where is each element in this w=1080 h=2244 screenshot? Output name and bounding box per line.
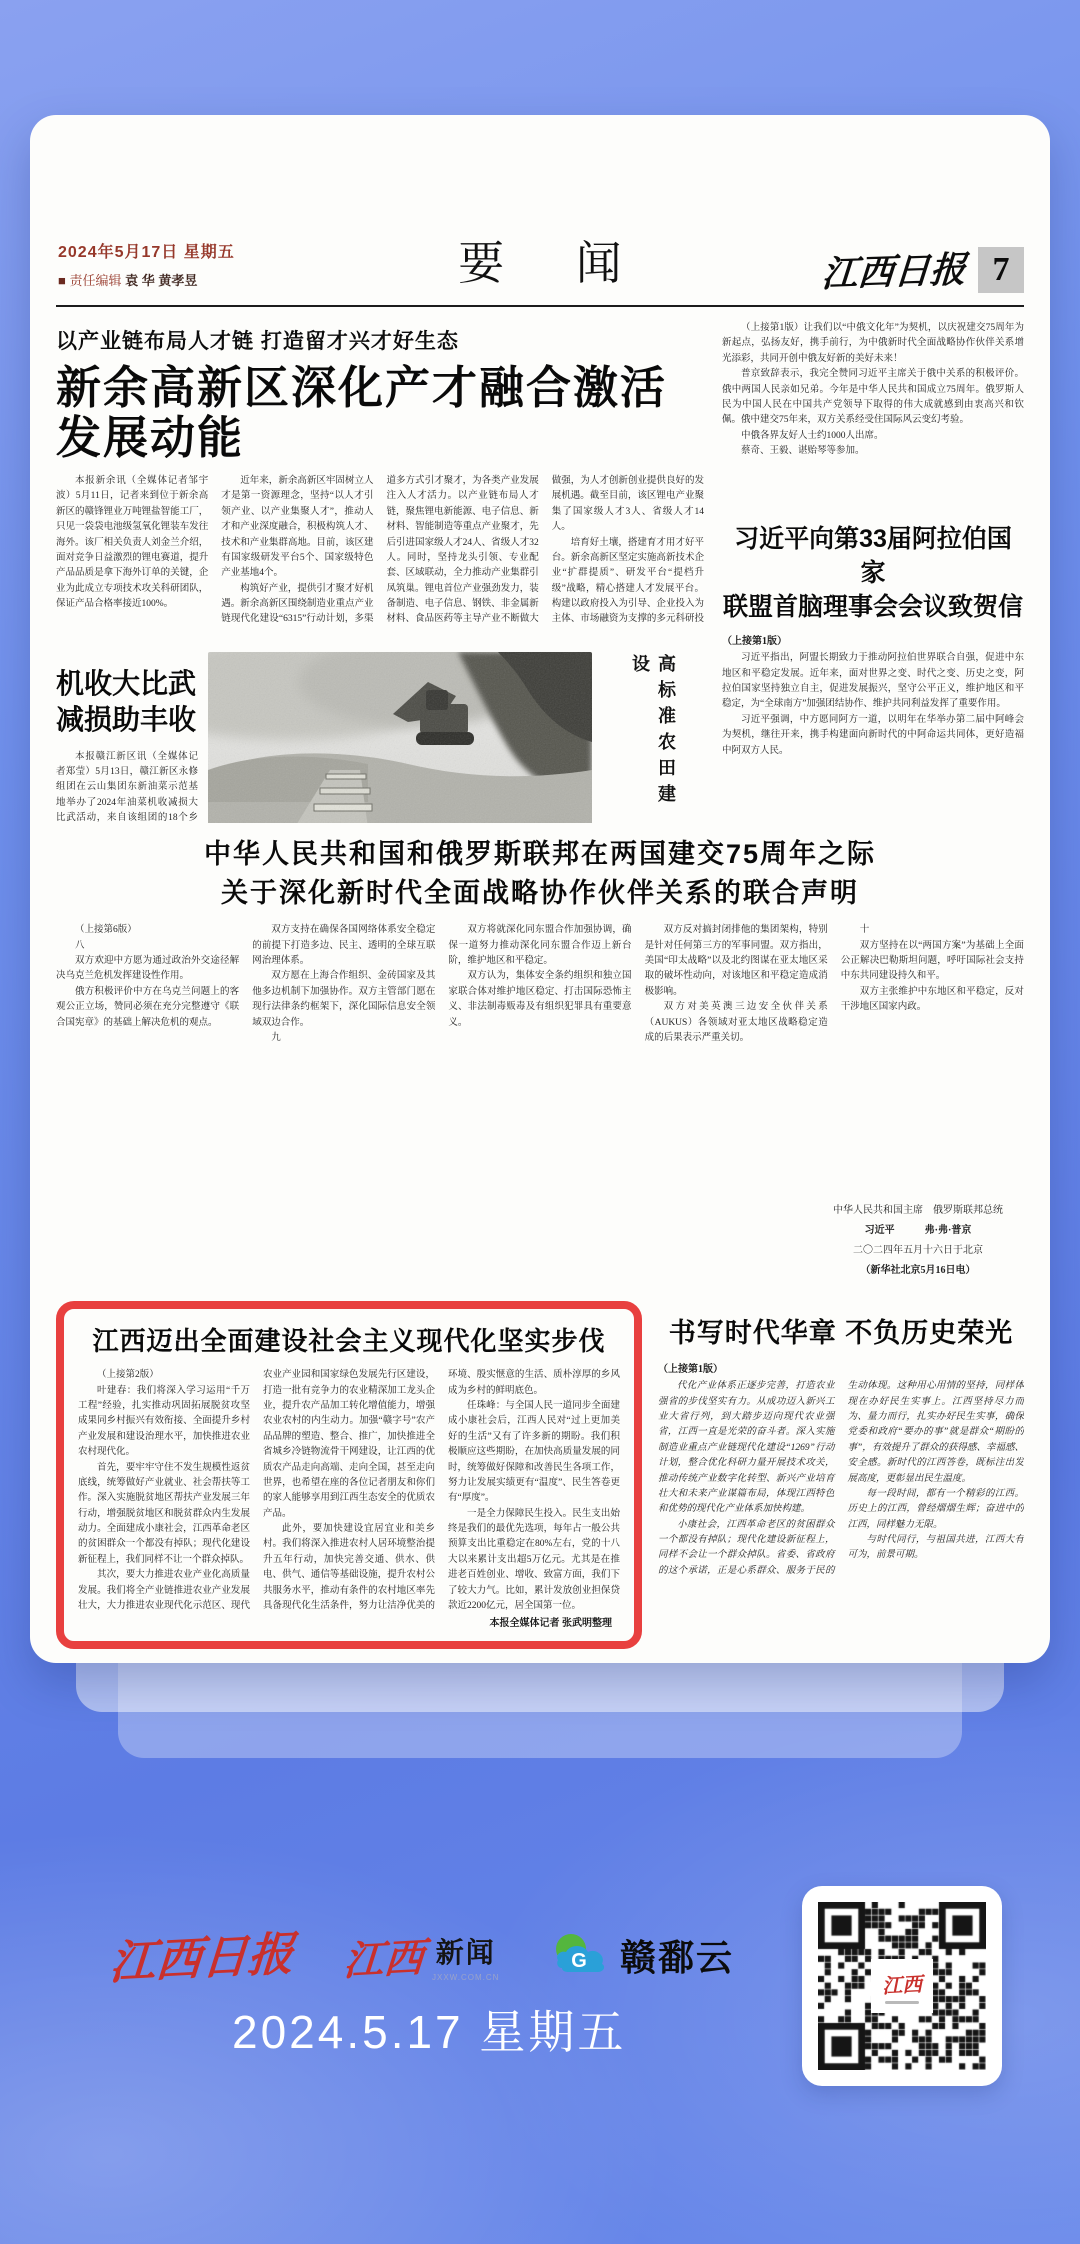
redbox-headline: 江西迈出全面建设社会主义现代化坚实步伐 bbox=[78, 1321, 620, 1358]
paragraph: 九 bbox=[252, 1031, 435, 1046]
paragraph: （上接第1版）让我们以“中俄文化年”为契机，以庆祝建交75周年为新起点，弘扬友好… bbox=[722, 321, 1024, 367]
paragraph: 十 bbox=[841, 923, 1024, 938]
lead-kicker: 以产业链布局人才链 打造留才兴才好生态 bbox=[56, 325, 704, 355]
era-continued-note: （上接第1版） bbox=[658, 1360, 1024, 1375]
ganpoyun-logo: G 赣鄱云 bbox=[552, 1930, 734, 1981]
paragraph: 首先，要牢牢守住不发生规模性返贫底线，统筹做好产业就业、社会帮扶等工作。深入实施… bbox=[78, 1461, 250, 1569]
era-headline: 书写时代华章 不负历史荣光 bbox=[658, 1311, 1024, 1350]
signature-titles: 中华人民共和国主席 俄罗斯联邦总统 bbox=[812, 1201, 1024, 1221]
jxnews-logo-cn: 江西 bbox=[342, 1926, 426, 1987]
qr-code-card: 江西 bbox=[802, 1886, 1002, 2086]
paragraph: 与时代同行，与祖国共进，江西大有可为，前景可期。 bbox=[848, 1533, 1025, 1564]
xi-continued-note: （上接第1版） bbox=[722, 632, 1024, 647]
signature-date: 二〇二四年五月十六日于北京 bbox=[812, 1241, 1024, 1261]
joint-statement-headline: 中华人民共和国和俄罗斯联邦在两国建交75周年之际关于深化新时代全面战略协作伙伴关… bbox=[56, 835, 1024, 913]
paragraph: 双方认为，集体安全条约组织和独立国家联合体对维护地区稳定、打击国际恐怖主义、非法… bbox=[448, 969, 631, 1031]
photo-figure: 高标准农田建设 5月14日，万年县石镇镇贵和村李家村小组农田畈上，施工人员在加紧… bbox=[208, 652, 705, 823]
photo-caption-block: 高标准农田建设 5月14日，万年县石镇镇贵和村李家村小组农田畈上，施工人员在加紧… bbox=[601, 652, 705, 823]
farmland-construction-photo bbox=[208, 652, 592, 823]
china-russia-continuation: （上接第1版）让我们以“中俄文化年”为契机，以庆祝建交75周年为新起点，弘扬友好… bbox=[722, 321, 1024, 507]
paragraph: 习近平指出，阿盟长期致力于推动阿拉伯世界联合自强，促进中东地区和平稳定发展。近年… bbox=[722, 651, 1024, 713]
harvest-article: 机收大比武减损助丰收 本报赣江新区讯（全媒体记者郑莹）5月13日，赣江新区永修组… bbox=[56, 652, 198, 823]
newspaper-page[interactable]: 2024年5月17日 星期五 ■ 责任编辑 袁 华 黄孝昱 要 闻 江西日报 7… bbox=[30, 115, 1050, 1663]
paragraph: 代化产业体系正逐步完善，打造农业强省的步伐坚实有力。从成功迈入新兴工业大省行列，… bbox=[658, 1379, 835, 1517]
paragraph: 普京致辞表示，我完全赞同习近平主席关于俄中关系的积极评价。俄中两国人民亲如兄弟。… bbox=[722, 367, 1024, 429]
svg-text:G: G bbox=[571, 1950, 587, 1972]
qr-center-line bbox=[885, 2001, 919, 2004]
header-editors: ■ 责任编辑 袁 华 黄孝昱 bbox=[58, 270, 235, 289]
lead-article: 以产业链布局人才链 打造留才兴才好生态 新余高新区深化产才融合激活发展动能 本报… bbox=[56, 321, 704, 823]
statement-signatures: 中华人民共和国主席 俄罗斯联邦总统 习近平 弗·弗·普京 二〇二四年五月十六日于… bbox=[806, 1193, 1024, 1283]
paragraph: 叶建春：我们将深入学习运用“千万工程”经验，扎实推动巩固拓展脱贫攻坚成果同乡村振… bbox=[78, 1384, 250, 1461]
paragraph: 俄方积极评价中方在乌克兰问题上的客观公正立场，赞同必须在充分完整遵守《联合国宪章… bbox=[56, 985, 239, 1031]
editor-names: 袁 华 黄孝昱 bbox=[125, 273, 197, 288]
era-article: 书写时代华章 不负历史荣光 （上接第1版） 代化产业体系正逐步完善，打造农业强省… bbox=[658, 1301, 1024, 1649]
header-date-block: 2024年5月17日 星期五 ■ 责任编辑 袁 华 黄孝昱 bbox=[58, 239, 235, 289]
header-date: 2024年5月17日 星期五 bbox=[58, 239, 235, 262]
redbox-body: （上接第2版）叶建春：我们将深入学习运用“千万工程”经验，扎实推动巩固拓展脱贫攻… bbox=[78, 1368, 620, 1620]
paragraph: 本报新余讯（全媒体记者邹宇波）5月11日，记者来到位于新余高新区的赣锋锂业万吨锂… bbox=[56, 474, 208, 612]
ganpoyun-label: 赣鄱云 bbox=[620, 1930, 734, 1981]
bottom-section: 江西迈出全面建设社会主义现代化坚实步伐 （上接第2版）叶建春：我们将深入学习运用… bbox=[56, 1301, 1024, 1649]
qr-center-label: 江西 bbox=[874, 1962, 930, 2010]
paragraph: 本报赣江新区讯（全媒体记者郑莹）5月13日，赣江新区永修组团在云山集团东新油菜示… bbox=[56, 750, 198, 823]
xi-article-body: 习近平指出，阿盟长期致力于推动阿拉伯世界联合自强，促进中东地区和平稳定发展。近年… bbox=[722, 651, 1024, 823]
paragraph: 近年来，新余高新区牢固树立人才是第一资源理念，坚持“以人才引领产业、以产业集聚人… bbox=[221, 474, 373, 582]
app-background: 2024年5月17日 星期五 ■ 责任编辑 袁 华 黄孝昱 要 闻 江西日报 7… bbox=[0, 0, 1080, 2244]
masthead-block: 江西日报 7 bbox=[822, 244, 1024, 295]
paragraph: 双方愿在上海合作组织、金砖国家及其他多边机制下加强协作。双方主管部门愿在现行法律… bbox=[252, 969, 435, 1031]
jxnews-logo: 江西 新闻 JXXW.COM.CN bbox=[344, 1928, 499, 1985]
jxrb-logo: 江西日报 bbox=[108, 1917, 296, 1993]
ganpoyun-cloud-icon: G bbox=[552, 1932, 610, 1980]
redbox-byline: 本报全媒体记者 张武明整理 bbox=[480, 1614, 613, 1629]
paragraph: 双方对美英澳三边安全伙伴关系（AUKUS）各领域对亚太地区战略稳定造成的后果表示… bbox=[645, 1000, 828, 1046]
jxnews-url: JXXW.COM.CN bbox=[432, 1973, 499, 1982]
paragraph: 双方支持在确保各国网络体系安全稳定的前提下打造多边、民主、透明的全球互联网治理体… bbox=[252, 923, 435, 969]
jxnews-logo-xw: 新闻 bbox=[436, 1931, 496, 1971]
masthead-logo: 江西日报 bbox=[820, 241, 968, 297]
harvest-body: 本报赣江新区讯（全媒体记者郑莹）5月13日，赣江新区永修组团在云山集团东新油菜示… bbox=[56, 750, 198, 823]
paragraph: 双方反对搞封闭排他的集团架构，特别是针对任何第三方的军事同盟。双方指出，美国“印… bbox=[645, 923, 828, 1000]
footer-date: 2024.5.17 星期五 bbox=[232, 1996, 626, 2062]
highlighted-article-redbox: 江西迈出全面建设社会主义现代化坚实步伐 （上接第2版）叶建春：我们将深入学习运用… bbox=[56, 1301, 642, 1649]
paragraph: 双方主张维护中东地区和平稳定，反对干涉地区国家内政。 bbox=[841, 985, 1024, 1016]
right-column: （上接第1版）让我们以“中俄文化年”为契机，以庆祝建交75周年为新起点，弘扬友好… bbox=[722, 321, 1024, 823]
harvest-headline: 机收大比武减损助丰收 bbox=[56, 666, 198, 738]
section-title: 要 闻 bbox=[428, 227, 652, 293]
newspaper-header: 2024年5月17日 星期五 ■ 责任编辑 袁 华 黄孝昱 要 闻 江西日报 7 bbox=[56, 187, 1024, 307]
paragraph: 习近平强调，中方愿同阿方一道，以明年在华举办第二届中阿峰会为契机，继往开来，携手… bbox=[722, 713, 1024, 759]
paragraph: （上接第6版） bbox=[56, 923, 239, 938]
paragraph: 双方欢迎中方愿为通过政治外交途径解决乌克兰危机发挥建设性作用。 bbox=[56, 954, 239, 985]
signature-wire: （新华社北京5月16日电） bbox=[812, 1261, 1024, 1281]
joint-statement-article: 中华人民共和国和俄罗斯联邦在两国建交75周年之际关于深化新时代全面战略协作伙伴关… bbox=[56, 835, 1024, 1287]
era-body: 代化产业体系正逐步完善，打造农业强省的步伐坚实有力。从成功迈入新兴工业大省行列，… bbox=[658, 1379, 1024, 1649]
lead-headline: 新余高新区深化产才融合激活发展动能 bbox=[56, 363, 704, 462]
photo-vertical-title: 高标准农田建设 bbox=[627, 654, 679, 812]
paragraph: 蔡奇、王毅、谌贻琴等参加。 bbox=[722, 444, 1024, 459]
paragraph: 双方将就深化同东盟合作加强协调，确保一道努力推动深化同东盟合作迈上新台阶，维护地… bbox=[448, 923, 631, 969]
page-number-badge: 7 bbox=[978, 247, 1024, 293]
paragraph: 任珠峰：与全国人民一道同步全面建成小康社会后，江西人民对“过上更加美好的生活”又… bbox=[448, 1399, 620, 1507]
xi-article-headline: 习近平向第33届阿拉伯国家联盟首脑理事会会议致贺信 bbox=[722, 523, 1024, 624]
top-section: 以产业链布局人才链 打造留才兴才好生态 新余高新区深化产才融合激活发展动能 本报… bbox=[56, 321, 1024, 823]
lead-body-columns: 本报新余讯（全媒体记者邹宇波）5月11日，记者来到位于新余高新区的赣锋锂业万吨锂… bbox=[56, 474, 704, 640]
paragraph: 双方坚持在以“两国方案”为基础上全面公正解决巴勒斯坦问题，呼吁国际社会支持中东共… bbox=[841, 939, 1024, 985]
editor-label: 责任编辑 bbox=[69, 273, 121, 288]
middle-row: 机收大比武减损助丰收 本报赣江新区讯（全媒体记者郑莹）5月13日，赣江新区永修组… bbox=[56, 652, 704, 823]
paragraph: （上接第2版） bbox=[78, 1368, 250, 1383]
editor-square-icon: ■ bbox=[58, 273, 66, 288]
paragraph: 一是全力保障民生投入。民生支出始终是我们的最优先选项，每年占一般公共预算支出比重… bbox=[448, 1507, 620, 1615]
paragraph: 中俄各界友好人士约1000人出席。 bbox=[722, 429, 1024, 444]
paragraph: 每一段时间，都有一个精彩的江西。历史上的江西，曾经熠熠生辉；奋进中的江西，同样魅… bbox=[848, 1487, 1025, 1533]
paragraph: 八 bbox=[56, 939, 239, 954]
signature-names: 习近平 弗·弗·普京 bbox=[812, 1221, 1024, 1241]
